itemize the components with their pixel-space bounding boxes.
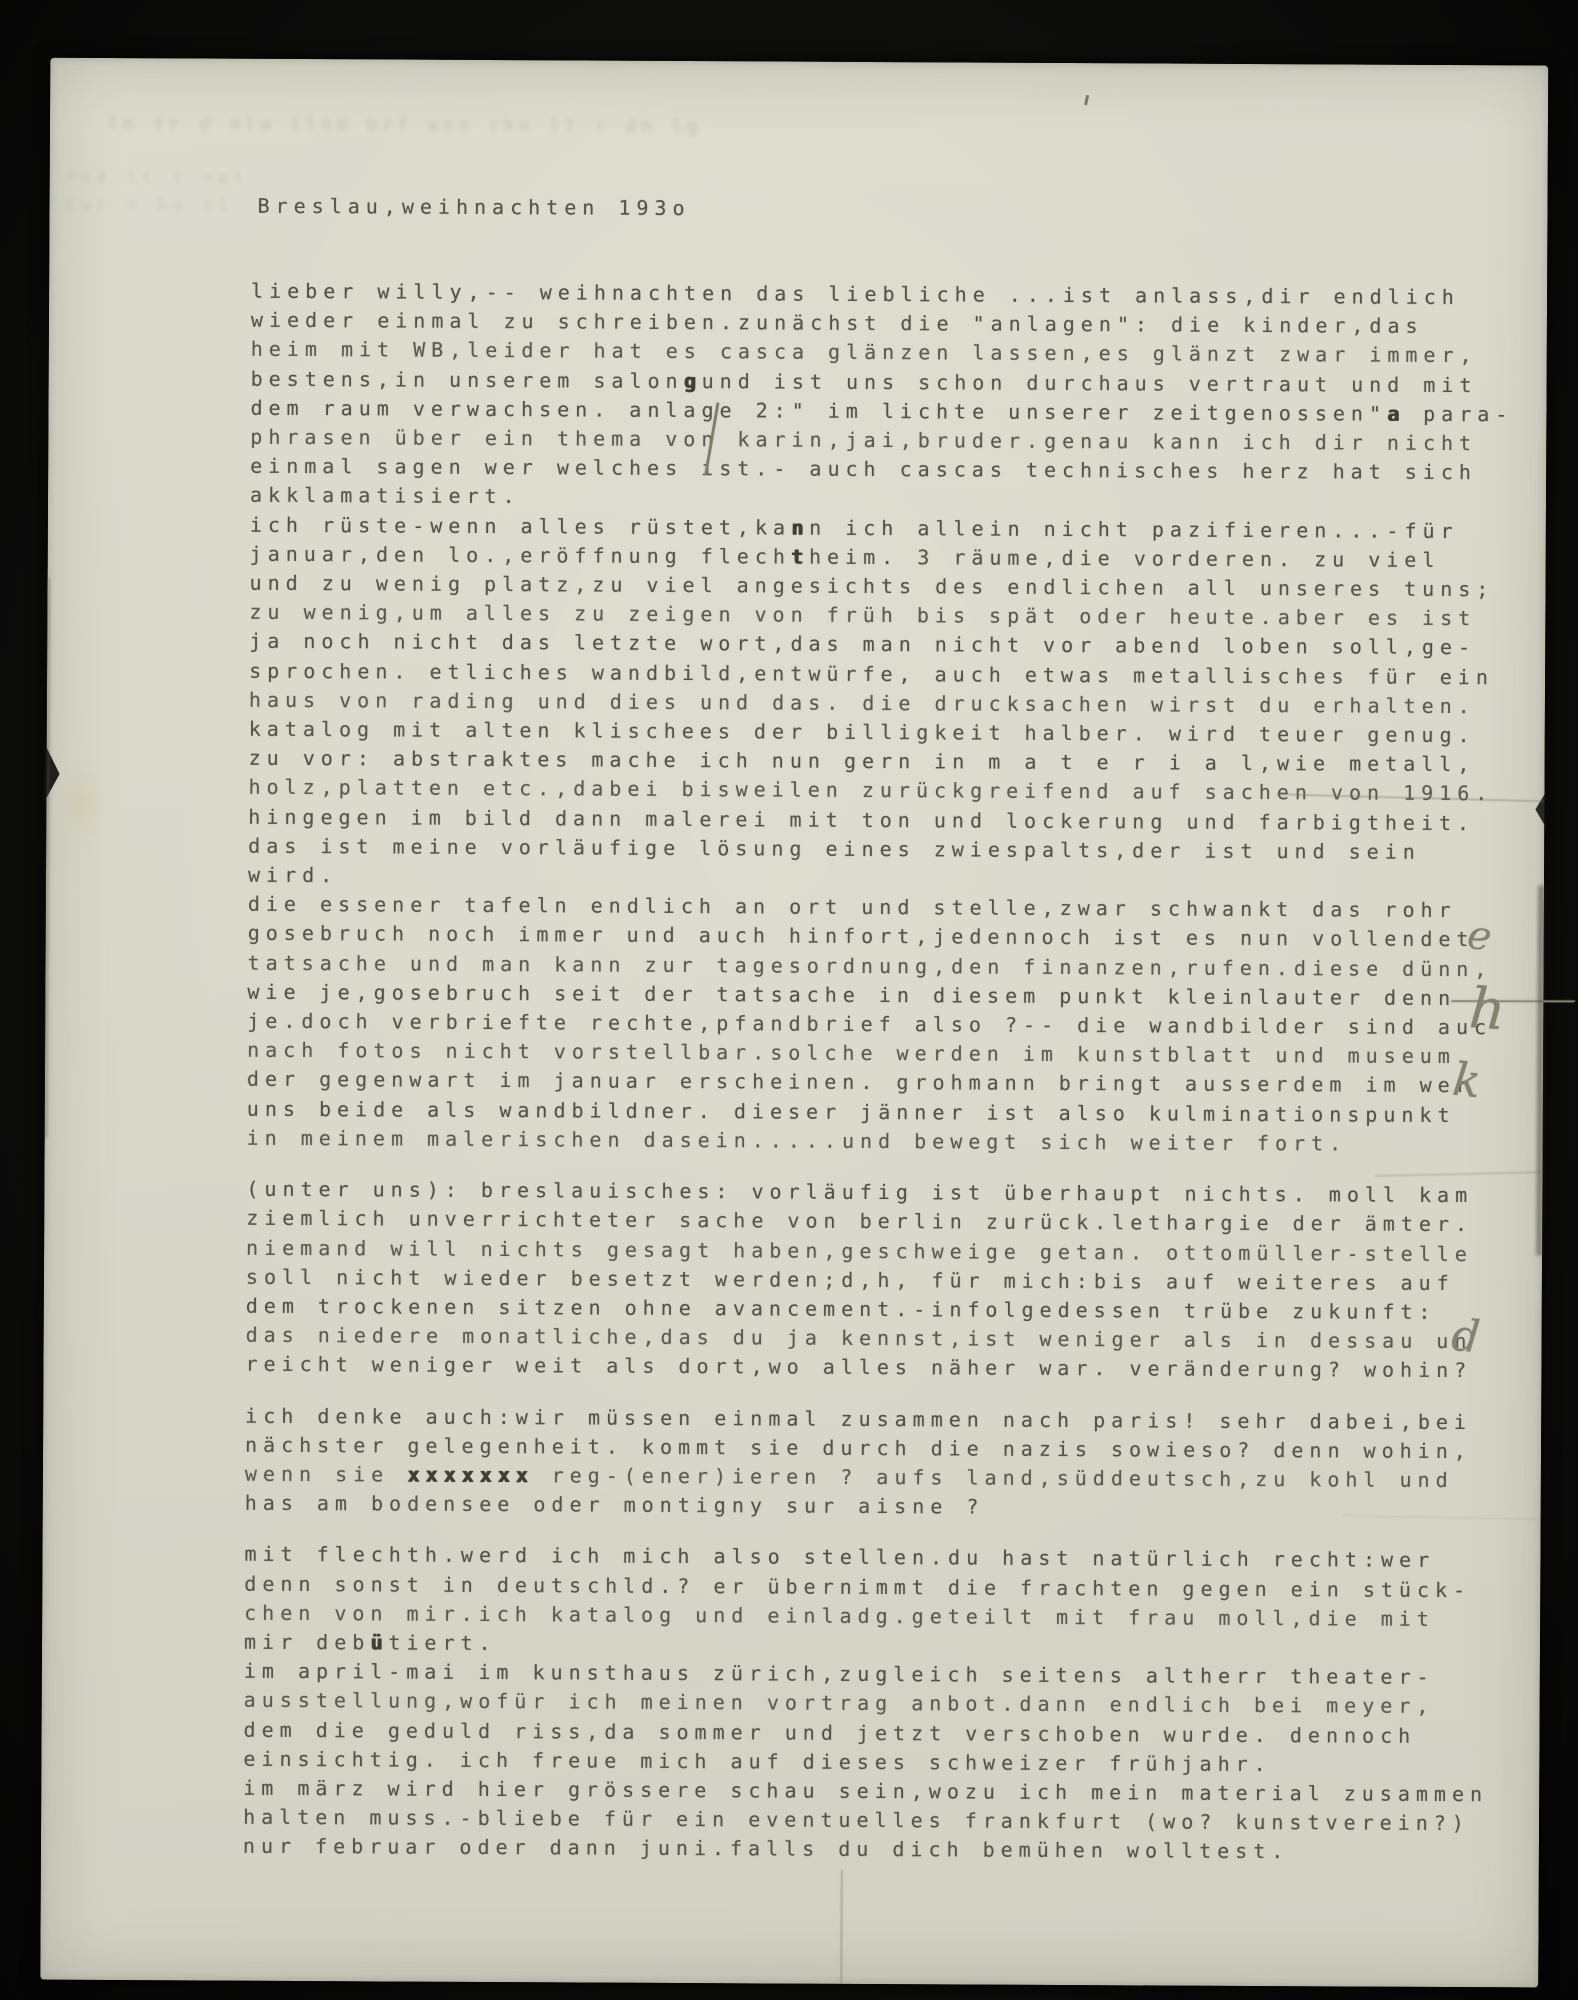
paragraph: ich denke auch:wir müssen einmal zusamme… xyxy=(245,1401,1536,1525)
handwritten-dash-mark: — xyxy=(1444,985,1578,1015)
handwritten-letter-d: d xyxy=(1449,1310,1482,1363)
paper-stain xyxy=(58,758,104,848)
paragraph: (unter uns): breslauisches: vorläufig is… xyxy=(245,1175,1536,1386)
bleedthrough-text: ln tr d nlw llnd brf wnn chn lt r dn lg xyxy=(108,114,898,138)
bleedthrough-text: rnd lt t nml xyxy=(66,168,406,190)
overstruck-characters: a xyxy=(1387,402,1405,426)
overstruck-characters: xxxxxxx xyxy=(407,1462,533,1487)
overstruck-characters: g xyxy=(684,369,702,393)
dateline: Breslau,weihnachten 193o xyxy=(257,194,690,220)
letter-line: in meinem malerischen dasein.....und bew… xyxy=(247,1124,1537,1160)
fold-mark xyxy=(840,1870,843,1984)
letter-sheet: ln tr d nlw llnd brf wnn chn lt r dn lg … xyxy=(40,58,1548,1988)
paragraph: lieber willy,-- weihnachten das lieblich… xyxy=(247,277,1542,1160)
paragraph: mit flechth.werd ich mich also stellen.d… xyxy=(243,1540,1535,1868)
ink-speck xyxy=(1084,95,1089,105)
overstruck-characters: n xyxy=(791,515,809,539)
overstruck-characters: ü xyxy=(370,1630,388,1654)
handwritten-letter-k: k xyxy=(1450,1052,1484,1109)
overstruck-characters: t xyxy=(791,544,809,568)
handwritten-letter-h: h xyxy=(1467,976,1508,1044)
letter-body: lieber willy,-- weihnachten das lieblich… xyxy=(243,277,1541,1868)
letter-line: reicht weniger weit als dort,wo alles nä… xyxy=(245,1350,1535,1386)
